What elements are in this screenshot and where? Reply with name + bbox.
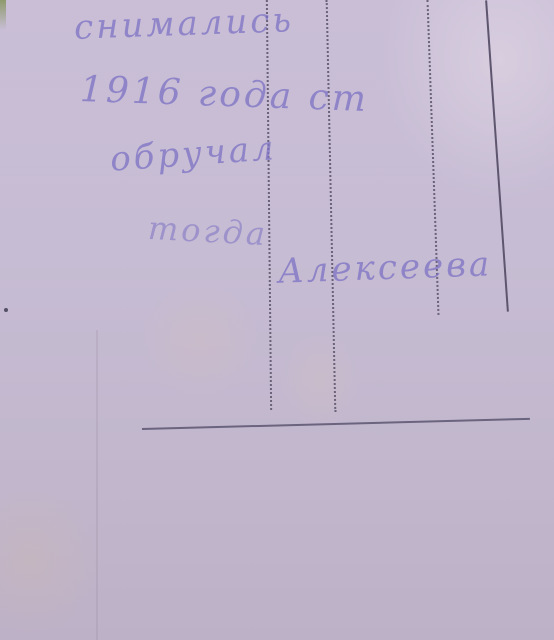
- inscription-line-4: тогда: [147, 209, 269, 253]
- inscription-line-5: Алексеева: [277, 244, 492, 291]
- dotted-line-1: [266, 0, 272, 410]
- dotted-line-2: [326, 0, 337, 412]
- photo-back-paper: снимались 1916 года ст обручал тогда Але…: [0, 0, 554, 640]
- inscription-line-1: снимались: [73, 0, 294, 48]
- corner-edge: [0, 0, 6, 30]
- paper-crease: [96, 330, 98, 640]
- inscription-line-3: обручал: [109, 128, 278, 180]
- horizontal-rule: [142, 418, 530, 430]
- inscription-line-2: 1916 года ст: [79, 69, 369, 120]
- ink-speck: [4, 308, 8, 312]
